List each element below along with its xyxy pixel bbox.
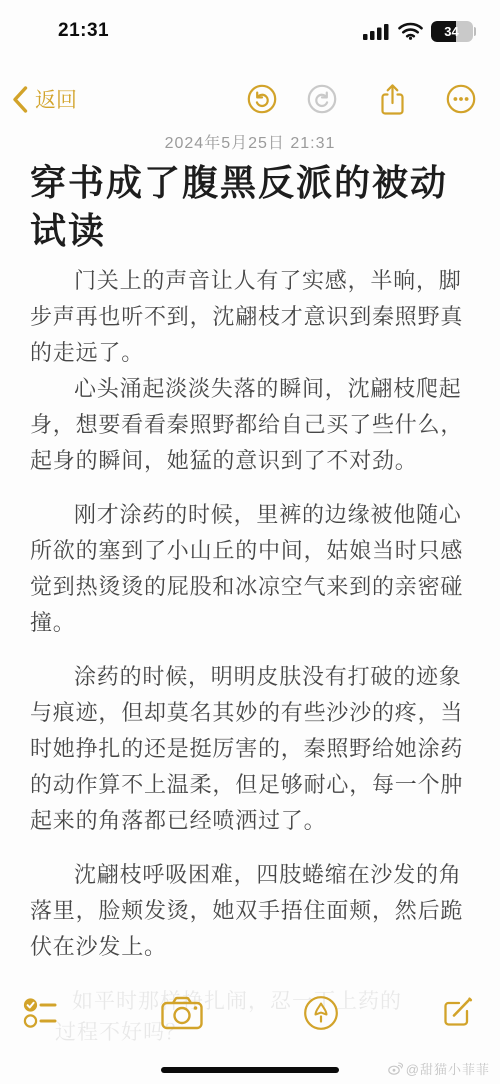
- battery-icon: 34: [431, 21, 477, 42]
- bottom-toolbar: [0, 986, 500, 1040]
- back-chevron-icon: [12, 86, 28, 113]
- wifi-icon: [398, 22, 423, 40]
- ellipsis-icon: [446, 84, 476, 114]
- note-title: 穿书成了腹黑反派的被动试读: [0, 159, 500, 255]
- more-button[interactable]: [446, 84, 476, 114]
- clock-time: 21:31: [58, 20, 109, 42]
- camera-icon: [161, 996, 203, 1030]
- battery-percent: 34: [431, 21, 473, 42]
- checklist-button[interactable]: [22, 995, 60, 1031]
- compose-button[interactable]: [440, 995, 476, 1031]
- compose-icon: [440, 995, 476, 1031]
- markup-pen-icon: [303, 995, 339, 1031]
- status-bar: 21:31: [0, 0, 500, 56]
- note-paragraph: 心头涌起淡淡失落的瞬间，沈翩枝爬起身，想要看看秦照野都给自己买了些什么，起身的瞬…: [30, 371, 466, 479]
- watermark: @甜猫小菲菲: [388, 1059, 490, 1078]
- redo-icon: [307, 84, 337, 114]
- note-paragraph: 门关上的声音让人有了实感，半晌，脚步声再也听不到，沈翩枝才意识到秦照野真的走远了…: [30, 263, 466, 371]
- back-button-label: 返回: [35, 84, 77, 114]
- checklist-icon: [22, 995, 60, 1031]
- markup-button[interactable]: [303, 995, 339, 1031]
- watermark-text: @甜猫小菲菲: [406, 1059, 490, 1078]
- undo-icon: [247, 84, 277, 114]
- note-paragraph: 刚才涂药的时候，里裤的边缘被他随心所欲的塞到了小山丘的中间，姑娘当时只感觉到热烫…: [30, 497, 466, 641]
- share-icon: [379, 83, 406, 116]
- camera-button[interactable]: [161, 996, 203, 1030]
- undo-button[interactable]: [247, 84, 277, 114]
- back-button[interactable]: 返回: [12, 84, 77, 114]
- notes-app-screen: 21:31: [0, 0, 500, 1084]
- cellular-signal-icon: [363, 23, 390, 40]
- weibo-icon: [388, 1062, 403, 1075]
- note-paragraph: 涂药的时候，明明皮肤没有打破的迹象与痕迹，但却莫名其妙的有些沙沙的疼，当时她挣扎…: [30, 659, 466, 839]
- redo-button[interactable]: [307, 84, 337, 114]
- note-paragraph: 沈翩枝呼吸困难，四肢蜷缩在沙发的角落里，脸颊发烫，她双手捂住面颊，然后跪伏在沙发…: [30, 857, 466, 965]
- nav-actions: [247, 83, 476, 116]
- nav-bar: 返回: [0, 76, 500, 122]
- note-content[interactable]: 门关上的声音让人有了实感，半晌，脚步声再也听不到，沈翩枝才意识到秦照野真的走远了…: [0, 263, 500, 965]
- status-icons: 34: [363, 21, 477, 42]
- note-date: 2024年5月25日 21:31: [0, 130, 500, 153]
- share-button[interactable]: [379, 83, 406, 116]
- home-indicator[interactable]: [161, 1067, 339, 1073]
